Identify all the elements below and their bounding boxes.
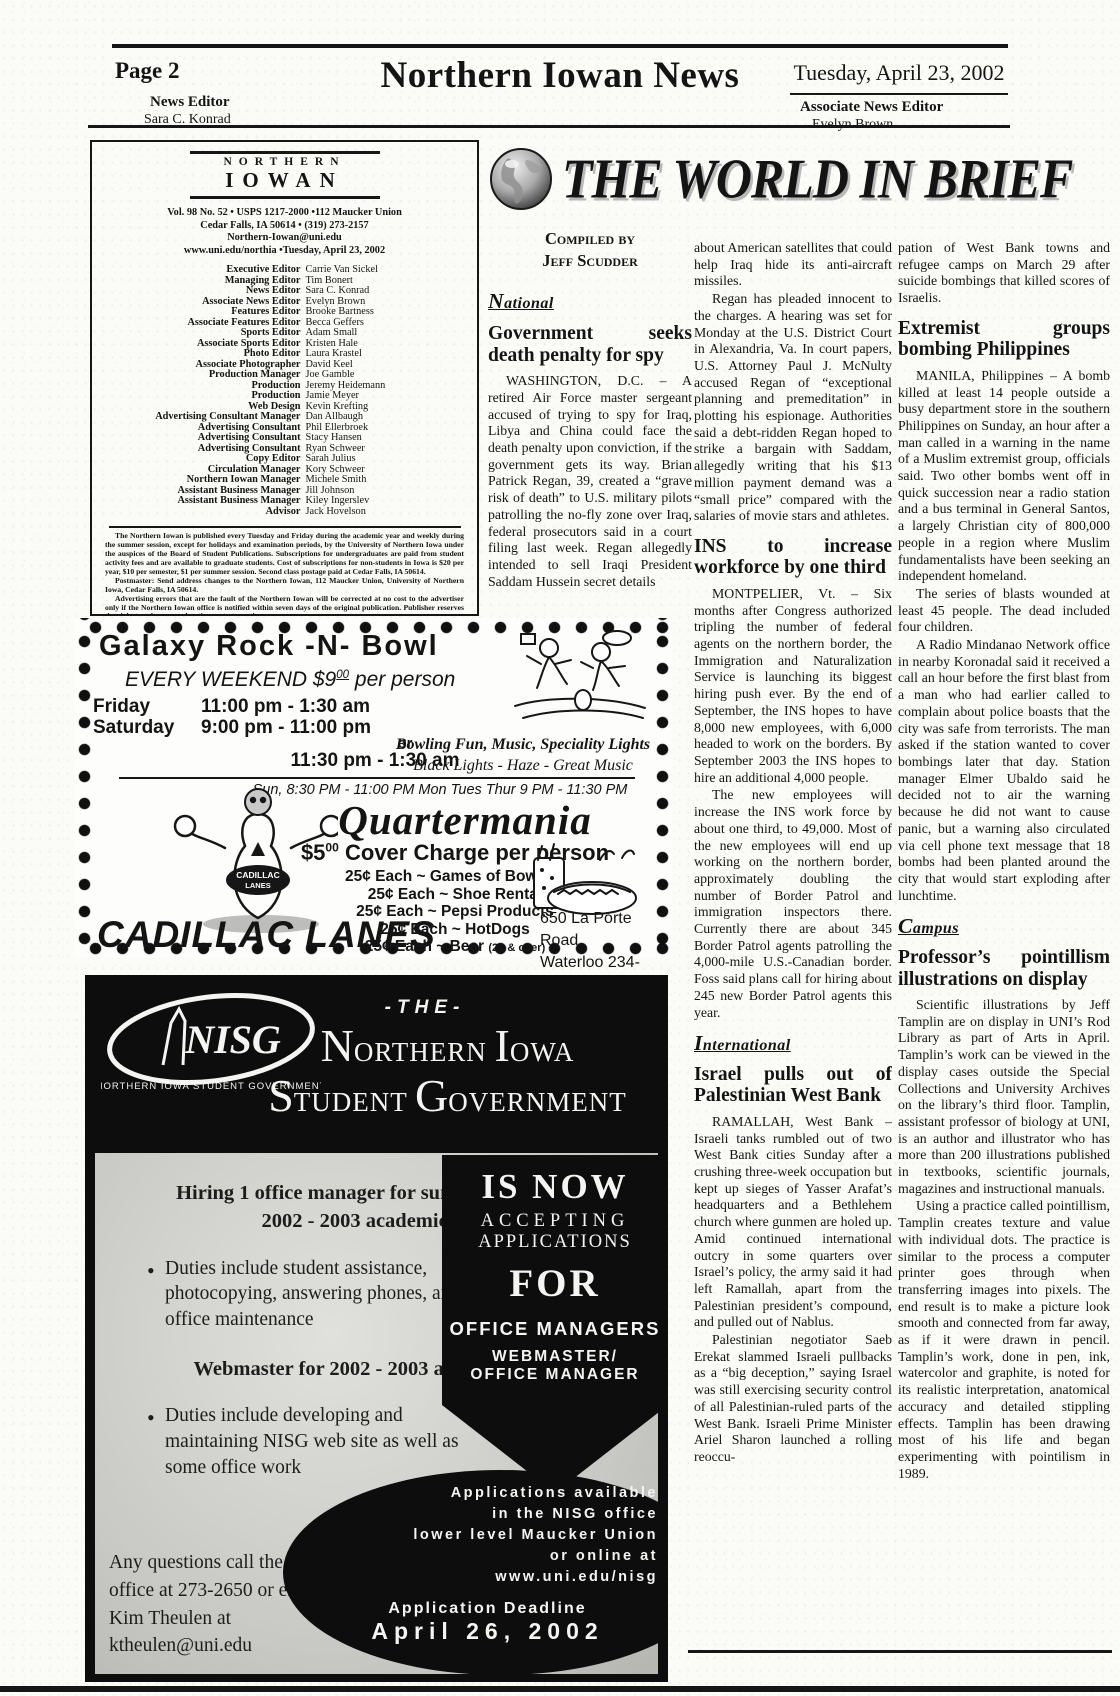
subtitle-sup: 00 <box>336 669 349 681</box>
schedule-row-saturday: Saturday 9:00 pm - 11:00 pm <box>93 717 371 739</box>
globe-icon <box>488 146 554 212</box>
news-editor-name: Sara C. Konrad <box>144 112 231 129</box>
galaxy-tagline-1: Bowling Fun, Music, Speciality Lights <box>387 736 659 754</box>
volume-line: Cedar Falls, IA 50614 • (319) 273-2157 <box>92 220 477 233</box>
name-text: TUDENT <box>294 1087 415 1117</box>
deadline-label: Application Deadline <box>317 1600 658 1618</box>
headline-spy: Government seeks death penalty for spy <box>488 323 692 366</box>
subtitle-post: per person <box>349 668 455 691</box>
brief-bottom-rule <box>688 1650 1112 1653</box>
nisg-the-label: -THE- <box>335 997 515 1019</box>
bigcap: N <box>321 1020 354 1071</box>
brief-column-2: about American satellites that could hel… <box>694 240 892 1648</box>
available-line: www.uni.edu/nisg <box>317 1567 658 1588</box>
brief-column-3: pation of West Bank towns and refugee ca… <box>898 240 1110 1648</box>
brief-column-1: Compiled by Jeff Scudder National Govern… <box>488 226 692 640</box>
schedule-day: Saturday <box>93 717 201 739</box>
section-title-world-in-brief: The World in Brief <box>562 146 1114 211</box>
news-editor-label: News Editor <box>150 94 230 111</box>
venue-name: CADILLAC LANES <box>97 914 436 956</box>
available-line: in the NISG office <box>317 1504 658 1525</box>
newspaper-page: Page 2 News Editor Sara C. Konrad Northe… <box>0 0 1120 1696</box>
article-paragraph: Regan has pleaded innocent to the charge… <box>694 291 892 525</box>
masthead-logo: Northern Iowan <box>190 151 380 199</box>
nisg-accepting-column: IS NOW ACCEPTING APPLICATIONS FOR OFFICE… <box>442 1155 668 1405</box>
pin-logo-line1: CADILLAC <box>236 870 279 880</box>
volume-line: Vol. 98 No. 52 • USPS 1217-2000 •112 Mau… <box>92 207 477 220</box>
fine-print-paragraph: The Northern Iowan is published every Tu… <box>105 532 464 577</box>
pin-logo-line2: LANES <box>245 881 270 890</box>
subtitle-pre: EVERY WEEKEND $9 <box>125 668 336 691</box>
position-webmaster: WEBMASTER/ <box>442 1348 668 1366</box>
article-paragraph: A Radio Mindanao Network office in nearb… <box>898 637 1110 904</box>
available-line: Applications available <box>317 1483 658 1504</box>
compiled-by-label: Compiled by <box>488 228 692 250</box>
for-label: FOR <box>442 1261 668 1306</box>
staff-row: AdvisorJack Hovelson <box>110 507 460 518</box>
position-office-managers: OFFICE MANAGERS <box>442 1318 668 1340</box>
headline-ins: INS to increase workforce by one third <box>694 536 892 579</box>
masthead-divider <box>109 526 461 528</box>
page-bottom-rule <box>0 1686 1120 1692</box>
article-paragraph: The new employees will increase the INS … <box>694 787 892 1021</box>
galaxy-ad-subtitle: EVERY WEEKEND $900 per person <box>125 668 455 692</box>
bigcap: S <box>268 1070 294 1121</box>
page-number: Page 2 <box>115 58 180 84</box>
article-paragraph: RAMALLAH, West Bank – Israeli tanks rumb… <box>694 1114 892 1331</box>
name-text: OWA <box>510 1037 575 1067</box>
masthead-box: Northern Iowan Vol. 98 No. 52 • USPS 121… <box>90 140 479 616</box>
volume-line: www.uni.edu/northia •Tuesday, April 23, … <box>92 245 477 258</box>
bigcap: I <box>495 1020 510 1071</box>
article-paragraph: Palestinian negotiator Saeb Erekat slamm… <box>694 1332 892 1466</box>
is-now-label: IS NOW <box>442 1167 668 1207</box>
staff-role: Advisor <box>110 507 306 518</box>
nisg-name-line2: STUDENT GOVERNMENT <box>245 1073 650 1119</box>
headline-pointillism: Professor’s pointillism illustrations on… <box>898 947 1110 990</box>
masthead-staff-list: Executive EditorCarrie Van SickelManagin… <box>110 265 460 517</box>
nisg-name-line1: NORTHERN IOWA <box>245 1023 650 1069</box>
schedule-day: Friday <box>93 696 201 718</box>
galaxy-ad-title: Galaxy Rock -N- Bowl <box>99 630 439 663</box>
masthead-logo-bottom: Iowan <box>190 168 380 193</box>
beer-item-note: (21 & over) <box>488 942 545 954</box>
applications-label: APPLICATIONS <box>442 1232 668 1253</box>
article-paragraph: Using a practice called pointillism, Tam… <box>898 1198 1110 1482</box>
page-title: Northern Iowan News <box>330 54 790 97</box>
date-underline-rule <box>790 93 1008 95</box>
available-line: or online at <box>317 1546 658 1567</box>
name-text: ORTHERN <box>354 1037 495 1067</box>
article-paragraph: about American satellites that could hel… <box>694 240 892 290</box>
schedule-row-friday: Friday 11:00 pm - 1:30 am <box>93 696 370 718</box>
nisg-ad: NISG NORTHERN IOWA STUDENT GOVERNMENT -T… <box>85 975 668 1682</box>
schedule-time: 11:00 pm - 1:30 am <box>201 696 370 718</box>
header-top-rule <box>112 44 1008 48</box>
masthead-logo-top: Northern <box>190 156 380 168</box>
deadline-date: April 26, 2002 <box>317 1618 658 1645</box>
galaxy-tagline-2: Black Lights - Haze - Great Music <box>387 757 659 775</box>
kicker-international: International <box>694 1035 892 1055</box>
kicker-campus: Campus <box>898 918 1110 938</box>
compiled-by-name: Jeff Scudder <box>488 250 692 272</box>
article-paragraph: Scientific illustrations by Jeff Tamplin… <box>898 997 1110 1197</box>
headline-israel: Israel pulls out of Palestinian West Ban… <box>694 1064 892 1107</box>
bowlers-cartoon <box>497 626 652 726</box>
venue-address-line1: 650 La Porte Road <box>540 908 665 952</box>
assoc-editor-name: Evelyn Brown <box>812 117 893 134</box>
nisg-name-block: NORTHERN IOWA STUDENT GOVERNMENT <box>245 1023 650 1123</box>
masthead-volume-lines: Vol. 98 No. 52 • USPS 1217-2000 •112 Mau… <box>92 207 477 257</box>
applications-info: Applications availablein the NISG office… <box>317 1483 658 1645</box>
article-paragraph: pation of West Bank towns and refugee ca… <box>898 240 1110 307</box>
galaxy-bowl-ad: Galaxy Rock -N- Bowl EVERY WEEKEND $900 … <box>75 618 672 958</box>
article-paragraph: WASHINGTON, D.C. – A retired Air Force m… <box>488 373 692 590</box>
headline-philippines: Extremist groups bombing Philippines <box>898 318 1110 361</box>
galaxy-divider-line <box>119 777 635 779</box>
article-paragraph: The series of blasts wounded at least 45… <box>898 586 1110 636</box>
fine-print-paragraph: Advertising errors that are the fault of… <box>105 595 464 616</box>
assoc-editor-label: Associate News Editor <box>800 99 943 116</box>
duty-item: Duties include developing and maintainin… <box>147 1403 485 1480</box>
accepting-label: ACCEPTING <box>442 1211 668 1232</box>
issue-date: Tuesday, April 23, 2002 <box>790 60 1008 86</box>
volume-line: Northern-Iowan@uni.edu <box>92 232 477 245</box>
article-paragraph: MONTPELIER, Vt. – Six months after Congr… <box>694 586 892 786</box>
duty-item: Duties include student assistance, photo… <box>147 1256 485 1333</box>
compiled-by: Compiled by Jeff Scudder <box>488 228 692 273</box>
schedule-time: 9:00 pm - 11:00 pm <box>201 717 371 739</box>
applications-available-lines: Applications availablein the NISG office… <box>317 1483 658 1588</box>
kicker-national: National <box>488 293 692 313</box>
masthead-fine-print: The Northern Iowan is published every Tu… <box>105 532 464 616</box>
article-paragraph: MANILA, Philippines – A bomb killed at l… <box>898 368 1110 585</box>
staff-name: Jack Hovelson <box>306 507 366 518</box>
name-text: OVERNMENT <box>448 1087 627 1117</box>
available-line: lower level Maucker Union <box>317 1525 658 1546</box>
bigcap: G <box>415 1070 448 1121</box>
fine-print-paragraph: Postmaster: Send address changes to the … <box>105 577 464 595</box>
position-office-manager: OFFICE MANAGER <box>442 1366 668 1384</box>
